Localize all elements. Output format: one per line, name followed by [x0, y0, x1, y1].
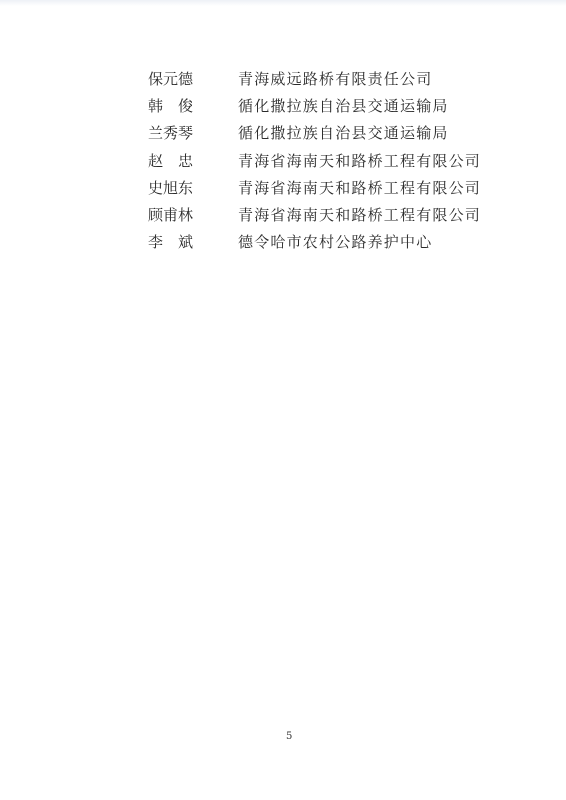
organization: 青海省海南天和路桥工程有限公司 [238, 202, 481, 229]
person-name: 李 斌 [148, 229, 208, 256]
person-name: 兰秀琴 [148, 120, 208, 147]
organization: 循化撒拉族自治县交通运输局 [238, 93, 449, 120]
person-name: 保元德 [148, 66, 208, 93]
organization: 青海省海南天和路桥工程有限公司 [238, 175, 481, 202]
person-name: 韩 俊 [148, 93, 208, 120]
organization: 德令哈市农村公路养护中心 [238, 229, 432, 256]
person-name: 赵 忠 [148, 148, 208, 175]
organization: 青海省海南天和路桥工程有限公司 [238, 148, 481, 175]
page-number: 5 [286, 731, 292, 742]
organization: 青海威远路桥有限责任公司 [238, 66, 432, 93]
scan-edge [0, 0, 566, 6]
organization: 循化撒拉族自治县交通运输局 [238, 120, 449, 147]
person-name: 史旭东 [148, 175, 208, 202]
person-name: 顾甫林 [148, 202, 208, 229]
